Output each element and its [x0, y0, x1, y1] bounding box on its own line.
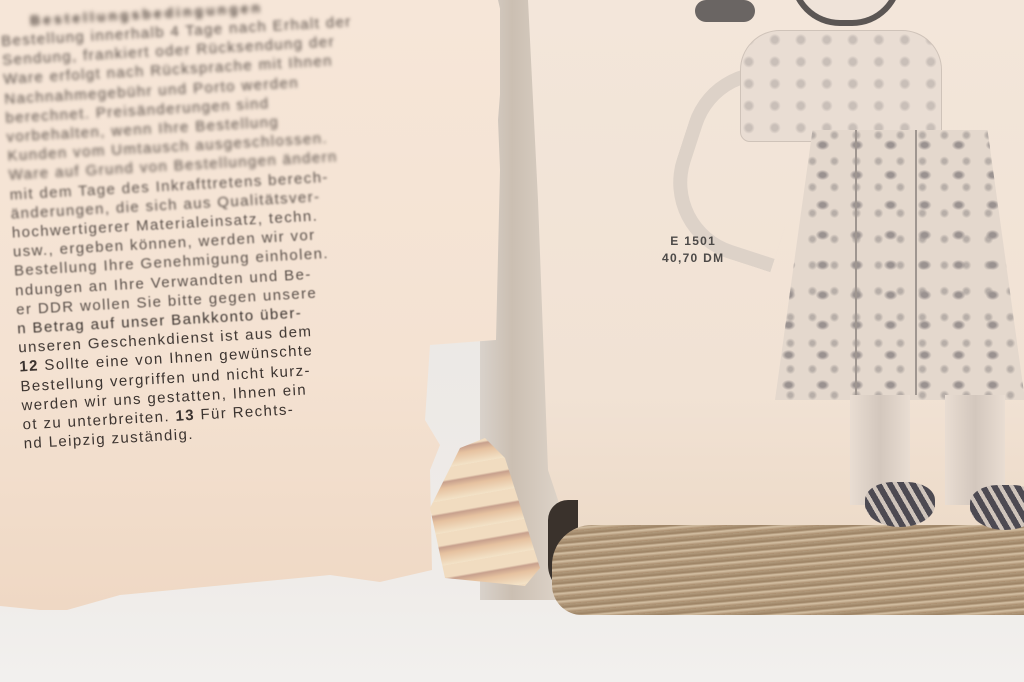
- sandal: [970, 485, 1024, 530]
- product-code: E 1501: [662, 233, 724, 250]
- illustration-hand: [695, 0, 755, 22]
- terms-text: Bestellungsbedingungen Bestellung innerh…: [0, 0, 464, 454]
- sandal: [865, 482, 935, 527]
- illustration-head: [790, 0, 902, 26]
- left-page: Bestellungsbedingungen Bestellung innerh…: [0, 0, 500, 610]
- skirt-pleat: [915, 130, 917, 395]
- clause-number: 13: [175, 407, 195, 425]
- clause-number: 12: [19, 358, 39, 376]
- dress-bodice: [740, 30, 942, 142]
- product-label: E 1501 40,70 DM: [662, 233, 724, 267]
- product-price: 40,70 DM: [662, 250, 724, 267]
- dress-skirt: [775, 130, 1024, 400]
- skirt-pleat: [855, 130, 857, 395]
- fashion-illustration: [680, 0, 1024, 560]
